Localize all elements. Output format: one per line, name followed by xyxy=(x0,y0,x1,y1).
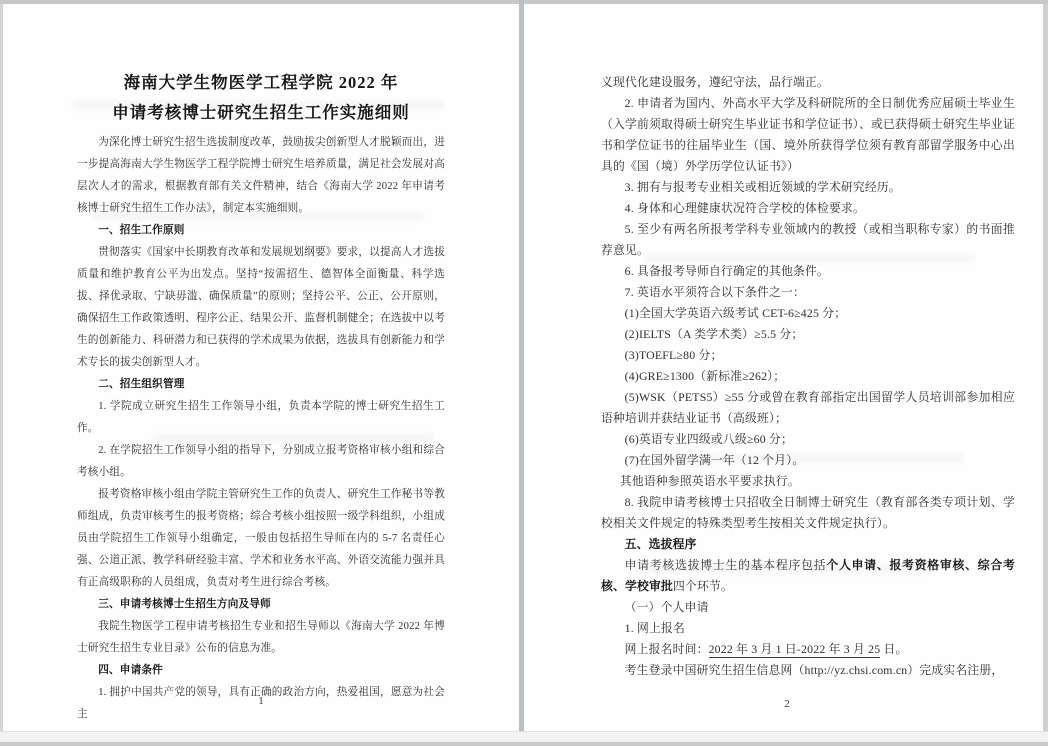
document-spread: 海南大学生物医学工程学院 2022 年 申请考核博士研究生招生工作实施细则 为深… xyxy=(0,0,1048,746)
english-condition-1: (1)全国大学英语六级考试 CET-6≥425 分； xyxy=(601,303,1015,324)
document-title-line-2: 申请考核博士研究生招生工作实施细则 xyxy=(77,98,445,128)
section-heading-3: 三、申请考核博士生招生方向及导师 xyxy=(77,594,445,616)
section-heading-1: 一、招生工作原则 xyxy=(77,220,445,242)
english-condition-7: (7)在国外留学满一年（12 个月）。 xyxy=(601,450,1015,471)
scan-right-edge xyxy=(1043,4,1048,731)
section-heading-5: 五、选拔程序 xyxy=(601,534,1015,555)
english-condition-2: (2)IELTS（A 类学术类）≥5.5 分； xyxy=(601,324,1015,345)
page-1-body: 为深化博士研究生招生选拔制度改革，鼓励拔尖创新型人才脱颖而出，进一步提高海南大学… xyxy=(77,132,445,726)
text-run: 申请考核选拔博士生的基本程序包括 xyxy=(625,558,827,572)
continued-paragraph: 义现代化建设服务，遵纪守法，品行端正。 xyxy=(601,72,1015,93)
paragraph: 贯彻落实《国家中长期教育改革和发展规划纲要》要求，以提高人才选拔质量和维护教育公… xyxy=(77,242,445,374)
page-number-1: 1 xyxy=(241,695,281,707)
paragraph: 我院生物医学工程申请考核招生专业和招生导师以《海南大学 2022 年博士研究生招… xyxy=(77,616,445,660)
intro-paragraph: 为深化博士研究生招生选拔制度改革，鼓励拔尖创新型人才脱颖而出，进一步提高海南大学… xyxy=(77,132,445,220)
paragraph: 2. 在学院招生工作领导小组的指导下，分别成立报考资格审核小组和综合考核小组。 xyxy=(77,440,445,484)
paragraph: 1. 学院成立研究生招生工作领导小组，负责本学院的博士研究生招生工作。 xyxy=(77,396,445,440)
paragraph: 3. 拥有与报考专业相关或相近领域的学术研究经历。 xyxy=(601,177,1015,198)
procedure-paragraph: 申请考核选拔博士生的基本程序包括个人申请、报考资格审核、综合考核、学校审批四个环… xyxy=(601,555,1015,597)
paragraph: 2. 申请者为国内、外高水平大学及科研院所的全日制优秀应届硕士毕业生（入学前须取… xyxy=(601,93,1015,177)
text-run: 日。 xyxy=(880,642,907,656)
subsection-heading: （一）个人申请 xyxy=(601,597,1015,618)
paragraph: 7. 英语水平须符合以下条件之一： xyxy=(601,282,1015,303)
scan-bottom-edge xyxy=(0,731,1048,746)
section-heading-4: 四、申请条件 xyxy=(77,660,445,682)
english-condition-6: (6)英语专业四级或八级≥60 分； xyxy=(601,429,1015,450)
document-title-line-1: 海南大学生物医学工程学院 2022 年 xyxy=(77,68,445,98)
english-condition-3: (3)TOEFL≥80 分； xyxy=(601,345,1015,366)
english-condition-5: (5)WSK（PETS5）≥55 分或曾在教育部指定出国留学人员培训部参加相应语… xyxy=(601,387,1015,429)
section-heading-2: 二、招生组织管理 xyxy=(77,374,445,396)
page-2: 义现代化建设服务，遵纪守法，品行端正。 2. 申请者为国内、外高水平大学及科研院… xyxy=(524,4,1043,731)
paragraph: 考生登录中国研究生招生信息网（http://yz.chsi.com.cn）完成实… xyxy=(601,660,1015,681)
paragraph: 5. 至少有两名所报考学科专业领域内的教授（或相当职称专家）的书面推荐意见。 xyxy=(601,219,1015,261)
paragraph: 其他语种参照英语水平要求执行。 xyxy=(601,471,1015,492)
paragraph: 报考资格审核小组由学院主管研究生工作的负责人、研究生工作秘书等教师组成，负责审核… xyxy=(77,484,445,594)
paragraph: 8. 我院申请考核博士只招收全日制博士研究生（教育部各类专项计划、学校相关文件规… xyxy=(601,492,1015,534)
paragraph: 1. 网上报名 xyxy=(601,618,1015,639)
underlined-date-run: 2022 年 3 月 1 日-2022 年 3 月 25 xyxy=(709,642,881,658)
page-number-2: 2 xyxy=(767,698,807,710)
page-1: 海南大学生物医学工程学院 2022 年 申请考核博士研究生招生工作实施细则 为深… xyxy=(3,4,519,731)
text-run: 四个环节。 xyxy=(673,579,733,593)
page-2-body: 义现代化建设服务，遵纪守法，品行端正。 2. 申请者为国内、外高水平大学及科研院… xyxy=(601,72,1015,681)
registration-date-paragraph: 网上报名时间：2022 年 3 月 1 日-2022 年 3 月 25 日。 xyxy=(601,639,1015,660)
paragraph: 4. 身体和心理健康状况符合学校的体检要求。 xyxy=(601,198,1015,219)
english-condition-4: (4)GRE≥1300（新标准≥262）； xyxy=(601,366,1015,387)
paragraph: 6. 具备报考导师自行确定的其他条件。 xyxy=(601,261,1015,282)
text-run: 网上报名时间： xyxy=(625,642,709,656)
